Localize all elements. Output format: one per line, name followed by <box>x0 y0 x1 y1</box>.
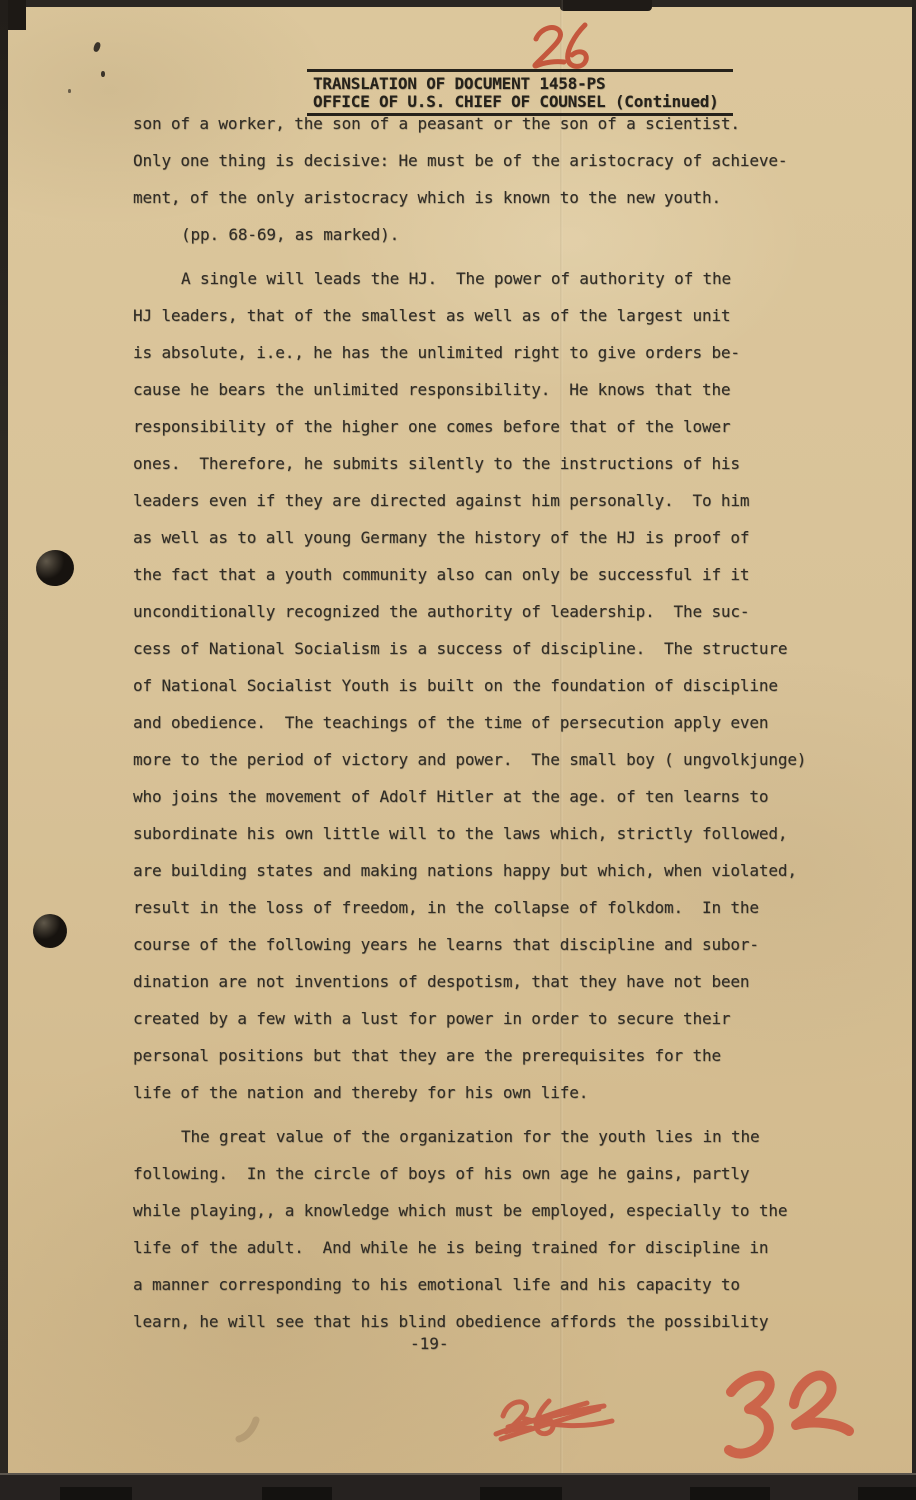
ink-speck <box>92 41 101 52</box>
scan-edge-patch <box>480 1487 562 1500</box>
body-line: learn, he will see that his blind obedie… <box>133 1312 833 1349</box>
scan-edge-bottom <box>0 1473 916 1500</box>
body-line: leaders even if they are directed agains… <box>133 491 833 528</box>
body-line: more to the period of victory and power.… <box>133 750 833 787</box>
body-line: ones. Therefore, he submits silently to … <box>133 454 833 491</box>
body-line: created by a few with a lust for power i… <box>133 1009 833 1046</box>
body-line: are building states and making nations h… <box>133 861 833 898</box>
scan-edge-right <box>912 0 916 1500</box>
body-line: The great value of the organization for … <box>133 1127 833 1164</box>
body-line: dination are not inventions of despotism… <box>133 972 833 1009</box>
body-line: life of the nation and thereby for his o… <box>133 1083 833 1120</box>
scan-edge-notch <box>560 0 652 11</box>
header-title-line1: TRANSLATION OF DOCUMENT 1458-PS <box>307 69 733 94</box>
body-line: the fact that a youth community also can… <box>133 565 833 602</box>
body-line: subordinate his own little will to the l… <box>133 824 833 861</box>
pencil-smudge <box>239 1420 256 1439</box>
body-line: is absolute, i.e., he has the unlimited … <box>133 343 833 380</box>
handwritten-number-struck: 26 <box>496 1401 612 1439</box>
punch-hole <box>32 913 69 950</box>
punch-hole <box>34 548 77 589</box>
body-line: (pp. 68-69, as marked). <box>133 225 833 262</box>
document-body: son of a worker, the son of a peasant or… <box>133 114 833 1349</box>
header-title-line2: OFFICE OF U.S. CHIEF OF COUNSEL (Continu… <box>307 94 733 116</box>
body-line: personal positions but that they are the… <box>133 1046 833 1083</box>
body-line: as well as to all young Germany the hist… <box>133 528 833 565</box>
body-line: son of a worker, the son of a peasant or… <box>133 114 833 151</box>
scan-edge-left <box>0 0 8 1500</box>
body-line: HJ leaders, that of the smallest as well… <box>133 306 833 343</box>
body-line: following. In the circle of boys of his … <box>133 1164 833 1201</box>
scan-edge-patch <box>690 1487 770 1500</box>
body-line: course of the following years he learns … <box>133 935 833 972</box>
scan-edge-top <box>0 0 916 7</box>
body-line: cause he bears the unlimited responsibil… <box>133 380 833 417</box>
body-line: life of the adult. And while he is being… <box>133 1238 833 1275</box>
body-line: a manner corresponding to his emotional … <box>133 1275 833 1312</box>
body-line: cess of National Socialism is a success … <box>133 639 833 676</box>
ink-speck <box>101 71 105 77</box>
body-line: responsibility of the higher one comes b… <box>133 417 833 454</box>
handwritten-number-bottom: 32 <box>729 1376 849 1454</box>
body-line: ment, of the only aristocracy which is k… <box>133 188 833 225</box>
document-header: TRANSLATION OF DOCUMENT 1458-PS OFFICE O… <box>307 69 733 116</box>
body-line: of National Socialist Youth is built on … <box>133 676 833 713</box>
body-line: result in the loss of freedom, in the co… <box>133 898 833 935</box>
scan-edge-patch <box>60 1487 132 1500</box>
body-line: and obedience. The teachings of the time… <box>133 713 833 750</box>
scanned-document-page: TRANSLATION OF DOCUMENT 1458-PS OFFICE O… <box>0 0 916 1500</box>
body-line: unconditionally recognized the authority… <box>133 602 833 639</box>
body-line: who joins the movement of Adolf Hitler a… <box>133 787 833 824</box>
scan-edge-patch <box>858 1487 916 1500</box>
ink-speck <box>68 89 71 93</box>
scan-edge-patch <box>262 1487 332 1500</box>
body-line: while playing,, a knowledge which must b… <box>133 1201 833 1238</box>
body-line: A single will leads the HJ. The power of… <box>133 269 833 306</box>
page-number: -19- <box>410 1334 449 1353</box>
body-line: Only one thing is decisive: He must be o… <box>133 151 833 188</box>
